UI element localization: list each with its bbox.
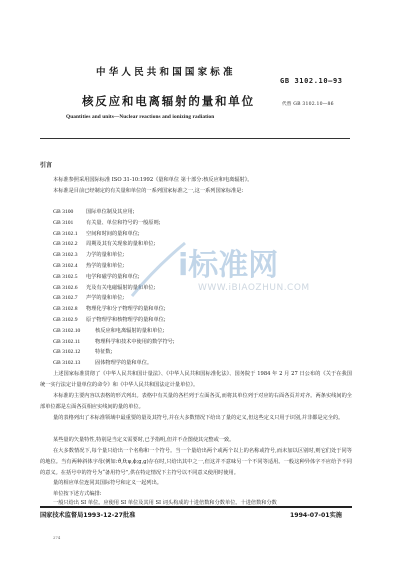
list-item: GB 3102.9原子物理学和核物理学的量和单位;: [53, 315, 175, 326]
standard-code: GB 3102.10—93: [280, 77, 343, 85]
paragraph-vector: 某些量的矢量特性,特别是当定义需要时,已予指明,但并不企图使其完整或一致。: [40, 435, 352, 446]
paragraph-reference: 本标准参照采用国际标准 ISO 31-10:1992《量和单位 第十部分:核反应…: [40, 175, 352, 186]
standard-type-heading: 中华人民共和国国家标准: [96, 64, 236, 78]
list-item: GB 3102.13固体物理学的量和单位。: [53, 358, 175, 369]
list-item: GB 3102.12特征数;: [53, 347, 175, 358]
watermark-logo: i标准网: [178, 240, 278, 284]
section-heading-introduction: 引言: [40, 160, 52, 169]
page-number: 274: [53, 535, 60, 540]
english-title: Quantities and units—Nuclear reactions a…: [66, 114, 214, 120]
paragraph-names-symbols: 在大多数情况下,每个量只给出一个名称和一个符号。当一个量给出两个或两个以上的名称…: [40, 446, 352, 478]
paragraph-laws: 上述国家标准贯彻了《中华人民共和国计量法》、《中华人民共和国标准化法》、国务院于…: [40, 369, 352, 391]
header-divider: [40, 138, 350, 139]
paragraph-definitions: 量的表格列出了本标准领域中最重要的量及其符号,并在大多数情况下给出了量的定义,但…: [40, 413, 352, 424]
watermark-url: WWW.iBIAOZHUN.COM: [198, 283, 310, 293]
footer-divider: [40, 506, 352, 508]
replaces-note: 代替 GB 3102.10—86: [282, 101, 334, 107]
document-title: 核反应和电离辐射的量和单位: [82, 93, 255, 109]
approval-date: 国家技术监督局1993-12-27批准: [40, 510, 135, 519]
list-item: GB 3102.10核反应和电离辐射的量和单位;: [53, 326, 175, 337]
list-item: GB 3102.11物理科学和技术中使用的数学符号;: [53, 337, 175, 348]
list-item: GB 3100国际单位制及其应用;: [53, 207, 175, 218]
implementation-date: 1994-07-01实施: [290, 510, 342, 519]
paragraph-series: 本标准是目前已经制定的有关量和单位的一系列国家标准之一,这一系列国家标准是:: [40, 186, 352, 197]
list-item: GB 3102.8物理化学和分子物理学的量和单位;: [53, 304, 175, 315]
list-item: GB 3101有关量、单位和符号的一般原则;: [53, 218, 175, 229]
paragraph-units-listed: 量的相应单位连同其国际符号和定义一起列出。: [40, 478, 352, 489]
paragraph-table-layout: 本标准的主要内容以表格的形式列出。表格中有关量的各栏列于左面各页,而将其单位列于…: [40, 391, 352, 413]
